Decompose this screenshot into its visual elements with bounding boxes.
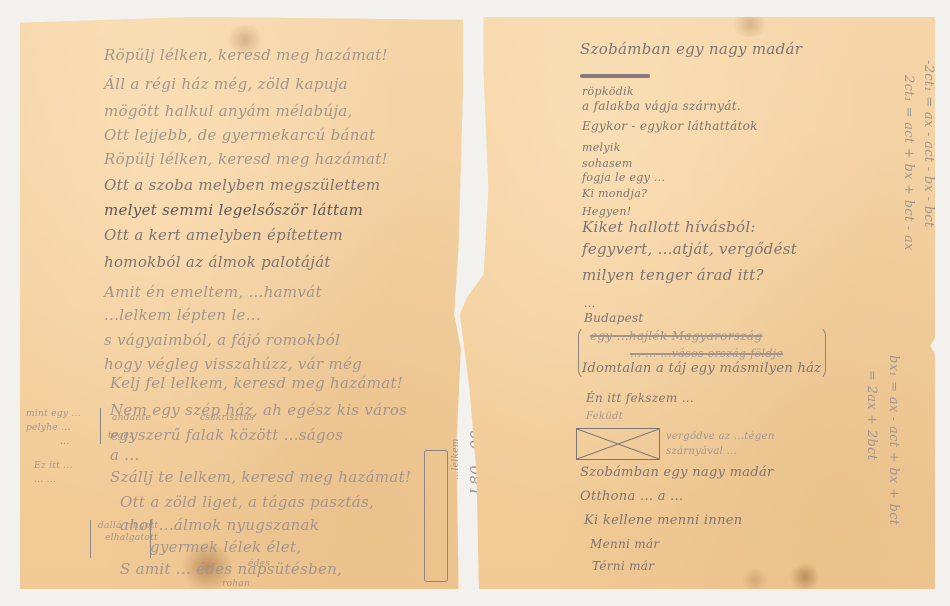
scribbled-out-word xyxy=(580,74,650,78)
draft-line: Idomtalan a táj egy másmilyen ház xyxy=(582,362,821,375)
draft-line: Otthona ... a ... xyxy=(580,490,683,503)
poem-line: Kelj fel lelkem, keresd meg hazámat! xyxy=(110,376,403,391)
draft-line: Ki mondja? xyxy=(582,188,647,199)
draft-line: Kiket hallott hívásból: xyxy=(582,220,756,235)
coffee-stain xyxy=(730,11,770,37)
equation: -2ct₁ = ax - act - bx - bct xyxy=(922,60,935,227)
margin-bracket xyxy=(90,520,91,558)
side-note: ...lelkem xyxy=(452,438,461,480)
draft-line: röpködik xyxy=(582,86,634,97)
draft-line: milyen tenger árad itt? xyxy=(582,268,764,283)
draft-line: Térni már xyxy=(592,560,654,572)
draft-line: Egykor - egykor láthattátok xyxy=(582,120,758,132)
margin-note: ... xyxy=(60,438,69,447)
inline-note: tegez xyxy=(108,432,134,441)
draft-line: a falakba vágja szárnyát. xyxy=(582,100,741,112)
struck-line: ... ... ...vásos ország földje xyxy=(630,348,783,359)
poem-line: Szállj te lelkem, keresd meg hazámat! xyxy=(110,470,411,485)
draft-line: melyik xyxy=(582,142,621,153)
draft-line: fegyvert, ...atját, vergődést xyxy=(582,242,797,257)
equation: = 2ax + 2bct xyxy=(865,370,878,460)
margin-bracket xyxy=(100,408,101,444)
draft-line: ... xyxy=(584,298,595,309)
draft-line: vergődve az ...tégen xyxy=(666,432,775,442)
poem-line: Nem egy szép ház, ah egész kis város xyxy=(110,403,407,418)
draft-line: Ki kellene menni innen xyxy=(584,514,742,527)
poem-line: Áll a régi ház még, zöld kapuja xyxy=(104,77,348,92)
struck-line: egy ...hajlék Magyarország xyxy=(590,330,762,342)
poem-line: Amit én emeltem, ...hamvát xyxy=(104,285,322,300)
poem-line: Röpülj lélken, keresd meg hazámat! xyxy=(104,152,388,167)
draft-line: sohasem xyxy=(582,158,633,169)
poem-line: melyet semmi legelsőször láttam xyxy=(104,203,363,218)
poem-line: Ott lejjebb, de gyermekarcú bánat xyxy=(104,128,375,143)
draft-line: Feküdt xyxy=(586,412,623,422)
poem-line: Ott a szoba melyben megszülettem xyxy=(104,178,380,193)
inline-note: elhalgatott xyxy=(105,534,158,543)
draft-line: Hegyen! xyxy=(582,206,631,217)
inline-note: csakrisztus xyxy=(200,414,254,423)
ink-stain xyxy=(740,569,770,591)
archive-number-box xyxy=(424,450,448,582)
poem-line: hogy végleg visszahúzz, vár még xyxy=(104,357,362,372)
inline-note: édes xyxy=(248,560,270,569)
draft-line: Menni már xyxy=(590,538,659,550)
poem-line: Ott a zöld liget, a tágas pasztás, xyxy=(120,495,374,510)
poem-line: mögött halkul anyám mélabúja, xyxy=(104,104,353,119)
poem-line: homokból az álmok palotáját xyxy=(104,255,331,270)
draft-line: Budapest xyxy=(584,312,644,324)
poem-line: Ott a kert amelyben építettem xyxy=(104,228,343,243)
equation: bx₁ = ax - act + bx + bct xyxy=(887,355,900,525)
poem-line: gyermek lélek élet, xyxy=(150,540,301,555)
draft-line: fogja le egy ... xyxy=(582,172,665,183)
draft-line: Én itt fekszem ... xyxy=(586,392,694,404)
poem-line: s vágyaimból, a fájó romokból xyxy=(104,333,340,348)
margin-note: Ez itt ... xyxy=(34,462,73,471)
draft-line: szárnyával ... xyxy=(666,447,737,457)
poem-line: S amit ... édes napsütésben, xyxy=(120,562,342,577)
poem-line: Röpülj lélken, keresd meg hazámat! xyxy=(104,48,388,63)
poem-line: ...lelkem lépten le... xyxy=(104,308,261,323)
poem-line: egyszerű falak között ...ságos xyxy=(110,428,343,443)
poem-line: a ... xyxy=(110,448,140,463)
draft-line: Szobámban egy nagy madár xyxy=(580,466,774,479)
margin-note: pelyhe ... xyxy=(26,424,71,433)
equation: 2ct₁ = act + bx + bct - ax xyxy=(902,75,915,251)
cross-mark-icon xyxy=(577,429,659,459)
margin-note: ... ... xyxy=(34,476,56,485)
inline-note: andante xyxy=(112,414,151,423)
draft-line: Szobámban egy nagy madár xyxy=(580,42,802,57)
ink-stain xyxy=(790,562,820,592)
inline-note: dallá ringott xyxy=(98,522,158,531)
inline-note: rohan xyxy=(222,580,250,589)
crossed-out-box xyxy=(576,428,660,460)
margin-note: mint egy ... xyxy=(26,410,81,419)
manuscript-scan: Röpülj lélken, keresd meg hazámat! Áll a… xyxy=(0,0,950,606)
